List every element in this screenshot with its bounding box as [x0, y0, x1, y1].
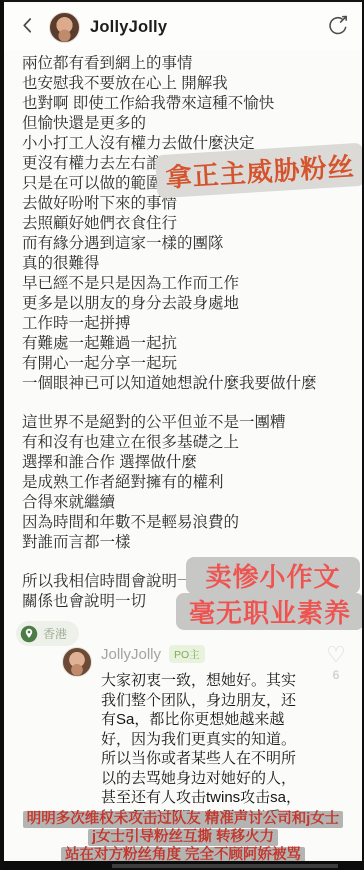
- post-text-line: 而有緣分遇到這家一樣的團隊: [22, 234, 356, 254]
- screenshot-frame: JollyJolly 兩位都有看到網上的事情也安慰我不要放在心上 開解我也對啊 …: [0, 0, 364, 870]
- post-text-line: 去照顧好她們衣食住行: [22, 214, 356, 234]
- post-text-line: 合得來就繼續: [22, 493, 356, 513]
- post-text-line: 早已經不是只是因為工作而工作: [22, 274, 356, 294]
- annotation-sticker-2-line2: 毫无职业素养: [176, 593, 364, 630]
- op-badge: PO主: [169, 645, 205, 663]
- post-text-line: 工作時一起拼搏: [22, 314, 356, 334]
- post-text-line: 有難處一起難過一起抗: [22, 334, 356, 354]
- comment-text-line: 甚至还有人攻击twins攻击sa，: [101, 788, 356, 808]
- comment-text-line: 以的去骂她身边对她好的人，: [101, 769, 356, 789]
- post-text-line: 因為時間和年數不是輕易浪費的: [22, 513, 356, 533]
- chevron-left-icon: [19, 16, 37, 39]
- like-button[interactable]: ♡ 6: [322, 645, 350, 682]
- comment-text-line: 所以当你或者某些人在不明所: [101, 749, 356, 769]
- post-text-line: 對誰而言都一樣: [22, 533, 356, 553]
- back-button[interactable]: [16, 15, 40, 39]
- bottom-bar: [4, 861, 362, 870]
- share-arrow-icon: [327, 14, 349, 41]
- comment-text-line: 我们整个团队，身边朋友，还: [101, 691, 356, 711]
- comment-text-line: 好，因为我们更真实的知道。: [101, 730, 356, 750]
- location-pin-icon: [20, 625, 38, 643]
- annotation-sticker-2-line1: 卖惨小作文: [186, 557, 360, 594]
- post-author-name[interactable]: JollyJolly: [90, 18, 167, 37]
- post-text-line: 也對啊 即使工作給我帶來這種不愉快: [22, 94, 356, 114]
- comment-header: JollyJolly PO主: [101, 645, 356, 663]
- annotation-line: j女士引导粉丝互撕 转移火力: [88, 829, 278, 846]
- post-text-line: 但愉快還是更多的: [22, 114, 356, 134]
- post-text-line: 真的很難得: [22, 254, 356, 274]
- post-text-line: 選擇和誰合作 選擇做什麼: [22, 453, 356, 473]
- comment-avatar[interactable]: [62, 647, 92, 677]
- annotation-line: 明明多次维权未攻击过队友 精准声讨公司和j女士: [23, 811, 344, 828]
- post-text-line: 這世界不是絕對的公平但並不是一團糟: [22, 413, 356, 433]
- post-text-line: 是成熟工作者絕對擁有的權利: [22, 473, 356, 493]
- location-tag[interactable]: 香港: [16, 621, 79, 646]
- post-text-line: 也安慰我不要放在心上 開解我: [22, 74, 356, 94]
- home-indicator: [112, 864, 338, 868]
- post-paragraph-2: 這世界不是絕對的公平但並不是一團糟有和沒有也建立在很多基礎之上選擇和誰合作 選擇…: [22, 413, 356, 553]
- post-text-line: 一個眼神已可以知道她想說什麼我要做什麼: [22, 374, 356, 394]
- bottom-annotation: 明明多次维权未攻击过队友 精准声讨公司和j女士j女士引导粉丝互撕 转移火力站在对…: [4, 810, 362, 864]
- post-body: 兩位都有看到網上的事情也安慰我不要放在心上 開解我也對啊 即使工作給我帶來這種不…: [22, 54, 356, 612]
- share-button[interactable]: [326, 15, 350, 39]
- heart-outline-icon: ♡: [322, 645, 350, 665]
- post-text-line: 有開心一起分享一起玩: [22, 354, 356, 374]
- location-label: 香港: [43, 625, 67, 642]
- comment-author-name[interactable]: JollyJolly: [101, 646, 161, 663]
- post-paragraph-1: 兩位都有看到網上的事情也安慰我不要放在心上 開解我也對啊 即使工作給我帶來這種不…: [22, 54, 356, 394]
- post-text-line: 兩位都有看到網上的事情: [22, 54, 356, 74]
- comment-text-line: 有Sa，都比你更想她越来越: [101, 710, 356, 730]
- comment-text-line: 大家初衷一致，想她好。其实: [101, 671, 356, 691]
- like-count: 6: [322, 668, 350, 682]
- comment-text: 大家初衷一致，想她好。其实我们整个团队，身边朋友，还有Sa，都比你更想她越来越好…: [101, 671, 356, 827]
- post-text-line: 去做好吩咐下來的事情: [22, 194, 356, 214]
- header: JollyJolly: [4, 4, 362, 50]
- comment-section: JollyJolly PO主 ♡ 6 大家初衷一致，想她好。其实我们整个团队，身…: [62, 645, 356, 827]
- post-text-line: 更多是以朋友的身分去設身處地: [22, 294, 356, 314]
- post-text-line: 有和沒有也建立在很多基礎之上: [22, 433, 356, 453]
- post-author-avatar[interactable]: [49, 12, 80, 43]
